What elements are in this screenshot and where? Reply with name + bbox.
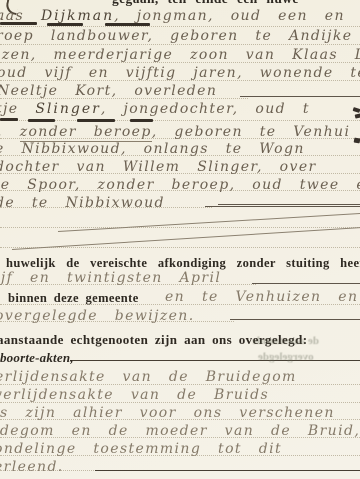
ruled-line [0,44,360,45]
underline-mark [130,119,153,122]
underline-mark [0,22,37,25]
marriage-record-scan: gegaan, ten einde een huwe ​ aas Dijkman… [0,0,360,479]
edge-ink-mark [355,113,360,118]
handwritten-doc-verleend: erleend. [0,459,64,475]
fill-line [95,470,360,471]
bride-occ-underlined: zonder beroep [20,124,152,142]
fill-line [218,204,360,205]
handwritten-gemeente: en te Venhuizen en Wog [165,289,360,305]
bride-occ-prefix: , [0,124,20,140]
edge-ink-mark [353,107,360,113]
handwritten-line-occupation: roep landbouwer, geboren te Andijke [0,28,352,44]
bleedthrough-text: overgelegde [258,351,314,363]
handwritten-line-residence: e Nibbixwoud, onlangs te Wogn [0,141,305,157]
handwritten-announcement-date: ijf en twintigsten April [0,270,221,286]
printed-gemeente: binnen deze gemeente [8,291,139,306]
fill-line [205,206,360,207]
handwritten-doc-toestemming: ondelinge toestemming tot dit [0,441,282,457]
handwritten-doc-overlijdensakte-bruidegom: erlijdensakte van de Bruidegom [0,369,297,385]
underline-mark [105,23,150,26]
bride-line-rest: , jongedochter, oud t [101,101,310,117]
printed-announcement: huwelijk de vereischte afkondiging zonde… [6,256,360,271]
ruled-line [0,26,360,27]
printed-header-fragment: gegaan, ten einde een huwe [112,0,299,7]
handwritten-line-bride-name: tje Slinger, jongedochter, oud t [0,101,310,117]
handwritten-line-age: oud vijf en vijftig jaren, wonende te [0,65,360,81]
groom-line-rest: , jongman, oud een en [114,8,345,24]
fill-line [252,283,360,284]
printed-label-geboorte-akten: eboorte-akten, [0,350,74,366]
underline-mark [0,118,18,121]
bride-name-prefix: tje [0,101,35,117]
handwritten-line-bride-father: dochter van Willem Slinger, over [0,159,317,175]
underline-mark [47,23,83,26]
handwritten-line-bride-mother: je Spoor, zonder beroep, oud twee e [0,177,360,193]
handwritten-doc-overlijdensakte-bruid: verlijdensakte van de Bruids [0,387,269,403]
fill-line [230,319,360,320]
handwritten-line-bride-occupation: , zonder beroep, geboren te Venhui [0,124,350,140]
handwritten-doc-verschenen: ts zijn alhier voor ons verschenen [0,405,335,421]
fill-line [70,360,360,361]
handwritten-line-mother: Neeltje Kort, overleden [0,83,217,99]
fill-line [240,96,360,97]
handwritten-line-groom-name: aas Dijkman, jongman, oud een en [0,8,345,24]
handwritten-doc-moeder-bruid: idegom en de moeder van de Bruid, [0,423,360,439]
handwritten-line-parents: izen, meerderjarige zoon van Klaas Dij [0,47,360,63]
bride-occ-rest: , geboren te Venhui [152,124,351,140]
underline-mark [28,119,55,122]
edge-ink-mark [354,138,360,144]
groom-surname: Dijkman [41,8,114,24]
bleedthrough-text: de aanstaande [252,335,319,347]
underline-mark [77,119,115,122]
handwritten-bewijzen: overgelegde bewijzen. [0,308,195,324]
handwritten-line-bride-residence: de te Nibbixwoud [0,195,165,211]
bride-surname: Slinger [35,101,101,117]
ruled-line [0,227,360,228]
